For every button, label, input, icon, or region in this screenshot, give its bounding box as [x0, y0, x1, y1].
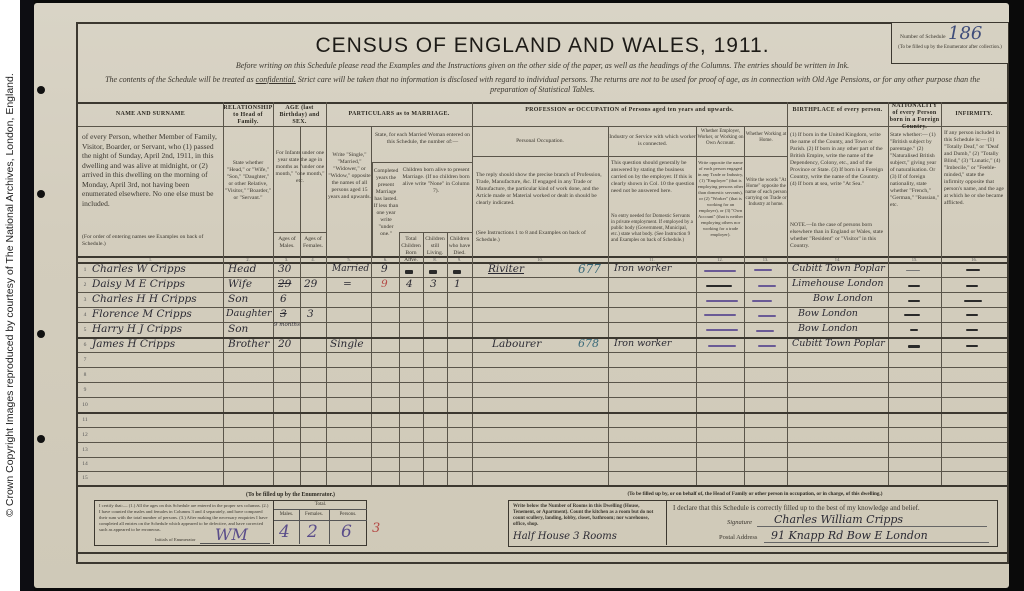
schedule-number-value: 186: [948, 23, 982, 44]
person-name: Charles H H Cripps: [92, 293, 197, 305]
person-age-female: 3: [307, 308, 314, 320]
scan-border-right: [1008, 0, 1024, 591]
nationality-dash: [908, 300, 920, 302]
home-mark: [756, 330, 774, 332]
nationality-dash: [908, 345, 920, 348]
birthplace-note: NOTE.—In the case of persons born elsewh…: [790, 222, 886, 250]
person-age-months: 9 months: [274, 322, 300, 328]
heading-relationship: RELATIONSHIP to Head of Family.: [223, 105, 273, 126]
home-mark: [758, 285, 776, 287]
initials-label: Initials of Enumerator: [155, 537, 196, 543]
person-name: Harry H J Cripps: [92, 323, 182, 335]
person-age-male: 6: [280, 293, 287, 305]
employer-mark: [706, 300, 738, 302]
person-name: James H Cripps: [92, 338, 175, 350]
person-age-male-crossed: 29: [278, 278, 291, 290]
confidential-word: confidential.: [256, 75, 296, 84]
row-number: 3: [80, 297, 90, 303]
age-sub-divider: [273, 232, 326, 233]
row-number: 7: [80, 357, 90, 363]
schedule-number-box: Number of Schedule 186 (To be filled up …: [891, 22, 1009, 64]
row-line: [78, 397, 1007, 398]
males-total: 4: [279, 522, 290, 542]
col-divider: [941, 102, 942, 486]
person-marriage-years: 9: [381, 278, 388, 290]
employer-mark: [704, 314, 736, 316]
row-line: [78, 471, 1007, 472]
form-title: CENSUS OF ENGLAND AND WALES, 1911.: [78, 34, 1007, 58]
punch-hole-icon: [37, 190, 45, 198]
row-number: 8: [80, 372, 90, 378]
confidentiality-text: The contents of the Schedule will be tre…: [105, 75, 256, 84]
scan-border-left: [20, 0, 34, 591]
col-divider: [423, 232, 424, 486]
females-total: 2: [307, 522, 318, 542]
person-condition: Single: [330, 338, 364, 350]
heading-divider: [78, 126, 1007, 127]
crossed-out-mark: [453, 270, 461, 274]
name-note: (For order of entering names see Example…: [82, 234, 222, 248]
persons-total: 6: [341, 522, 352, 542]
row-line: [78, 442, 1007, 443]
person-age-male-crossed: 3: [280, 308, 287, 320]
colnum-15: 15.: [888, 257, 941, 262]
declaration-text: I declare that this Schedule is correctl…: [673, 505, 993, 512]
marriage-sub-divider: [373, 162, 472, 163]
employer-heading: Whether Employer, Worker, or Working on …: [697, 129, 744, 147]
nationality-dash: [904, 314, 920, 316]
heading-nationality: NATIONALITY of every Person born in a Fo…: [888, 103, 941, 131]
home-instruction: Write the words "At Home" opposite the n…: [745, 178, 787, 208]
relationship-instruction: State whether "Head," or "Wife," "Son," …: [224, 160, 272, 202]
row-number: 4: [80, 312, 90, 318]
person-birthplace: Limehouse London: [792, 278, 884, 289]
persons-label: Persons.: [329, 512, 367, 517]
home-mark: [752, 300, 772, 302]
census-form: CENSUS OF ENGLAND AND WALES, 1911. Befor…: [76, 22, 1009, 564]
birthplace-instruction: (1) If born in the United Kingdom, write…: [790, 132, 886, 188]
signature-label: Signature: [727, 519, 752, 526]
row-number: 14: [80, 461, 90, 467]
still-living-label: Children still Living.: [423, 236, 447, 257]
industry-note: No entry needed for Domestic Servants in…: [611, 214, 695, 244]
person-birthplace: Bow London: [813, 293, 873, 304]
row-number: 9: [80, 387, 90, 393]
row-line: [78, 457, 1007, 458]
females-label: Females.: [299, 512, 329, 517]
punch-hole-icon: [37, 86, 45, 94]
occupation-sub-divider: [472, 156, 787, 157]
home-mark: [758, 345, 776, 347]
schedule-number-label: Number of Schedule: [900, 34, 946, 40]
marriage-condition-instruction: Write "Single," "Married," "Widower," or…: [327, 152, 372, 201]
person-relationship: Son: [228, 293, 248, 305]
colnum-5: 5.: [326, 257, 372, 262]
person-condition: =: [343, 278, 352, 290]
person-age-male: 30: [278, 263, 291, 275]
table-top-border: [78, 102, 1007, 104]
nationality-dash: [910, 329, 918, 331]
col-divider: [608, 126, 609, 486]
age-instruction: For Infants under one year state the age…: [274, 150, 326, 185]
person-occupation: Labourer: [492, 338, 541, 350]
infirmity-dash: [966, 314, 978, 316]
home-mark: [758, 315, 776, 317]
heading-name: NAME AND SURNAME: [78, 111, 223, 118]
infirmity-dash: [966, 345, 978, 347]
person-relationship: Brother: [228, 338, 269, 350]
colnum-11: 11.: [608, 257, 696, 262]
total-col-divider: [329, 509, 330, 544]
total-col-divider: [299, 509, 300, 544]
box-divider: [666, 501, 667, 545]
heading-birthplace: BIRTHPLACE of every person.: [787, 107, 888, 114]
nationality-dash: [906, 270, 920, 271]
signature-value: Charles William Cripps: [774, 513, 903, 526]
schedule-number-note: (To be filled up by the Enumerator after…: [896, 45, 1004, 51]
industry-heading: Industry or Service with which worker is…: [609, 134, 696, 148]
children-sub-divider: [399, 232, 472, 233]
crossed-out-mark: [429, 270, 437, 274]
children-died: 1: [454, 278, 461, 290]
person-occupation: Riviter: [488, 263, 524, 275]
person-relationship: Head: [228, 263, 256, 275]
row-line: [78, 307, 1007, 308]
employer-mark: [706, 329, 738, 331]
col-divider: [888, 102, 889, 486]
person-birthplace: Cubitt Town Poplar: [792, 338, 885, 349]
employer-mark: [708, 345, 736, 347]
col-divider: [472, 102, 473, 486]
industry-instruction: This question should generally be answer…: [611, 160, 695, 195]
copyright-notice: © Crown Copyright Images reproduced by c…: [4, 73, 16, 517]
row-line: [78, 412, 1007, 414]
infirmity-dash: [966, 269, 980, 271]
colnum-14: 14.: [787, 257, 888, 262]
row-line: [78, 322, 1007, 323]
address-label: Postal Address: [719, 534, 757, 541]
row-line: [78, 382, 1007, 383]
colnum-8: 8.: [423, 257, 447, 262]
person-birthplace: Bow London: [798, 308, 858, 319]
occupation-code: 678: [578, 337, 599, 350]
person-name: Florence M Cripps: [92, 308, 192, 320]
enumerator-certification-box: I certify that:— (1.) All the ages on th…: [94, 500, 367, 546]
red-check-mark: 3: [372, 521, 380, 536]
row-number: 5: [80, 327, 90, 333]
heading-marriage: PARTICULARS as to MARRIAGE.: [326, 111, 472, 118]
confidentiality-text-cont: Strict care will be taken that no inform…: [296, 75, 980, 94]
person-birthplace: Cubitt Town Poplar: [792, 263, 885, 274]
name-instruction: of every Person, whether Member of Famil…: [82, 132, 222, 208]
rooms-instruction: Write below the Number of Rooms in this …: [513, 504, 661, 528]
person-name: Daisy M E Cripps: [92, 278, 185, 290]
employer-instruction: Write opposite the name of each person e…: [697, 160, 744, 238]
punch-hole-icon: [37, 435, 45, 443]
nationality-dash: [908, 285, 920, 287]
infirmity-dash: [964, 300, 982, 302]
children-note: Children born alive to present Marriage.…: [400, 167, 472, 195]
completed-years-label: Completed years the present Marriage has…: [373, 168, 399, 238]
nationality-instruction: State whether:— (1) "British subject by …: [890, 132, 940, 209]
heading-age: AGE (last Birthday) and SEX.: [273, 105, 326, 126]
married-woman-note: State, for each Married Woman entered on…: [374, 132, 471, 146]
declaration-box: Write below the Number of Rooms in this …: [508, 500, 998, 547]
col-divider: [399, 232, 400, 486]
colnum-12: 12.: [696, 257, 744, 262]
col-divider: [787, 102, 788, 486]
confidentiality-notice: The contents of the Schedule will be tre…: [86, 75, 999, 95]
row-number: 1: [80, 267, 90, 273]
person-age-male: 20: [278, 338, 291, 350]
row-line: [78, 367, 1007, 368]
infirmity-dash: [966, 285, 978, 287]
person-relationship: Wife: [228, 278, 252, 290]
row-number: 10: [80, 402, 90, 408]
heading-occupation: PROFESSION or OCCUPATION of Persons aged…: [472, 107, 787, 114]
age-males-label: Ages of Males.: [274, 236, 300, 250]
punch-hole-icon: [37, 330, 45, 338]
head-of-family-section-label: (To be filled up by, or on behalf of, th…: [503, 491, 1007, 497]
rooms-value: Half House 3 Rooms: [513, 531, 617, 542]
have-died-label: Children who have Died.: [447, 236, 472, 257]
row-line: [78, 352, 1007, 353]
address-value: 91 Knapp Rd Bow E London: [771, 529, 928, 542]
personal-occupation-heading: Personal Occupation.: [472, 138, 608, 145]
person-relationship: Son: [228, 323, 248, 335]
enumerator-initials: WM: [215, 525, 248, 544]
row-number: 6: [80, 342, 90, 348]
person-name: Charles W Cripps: [92, 263, 186, 275]
person-industry: Iron worker: [614, 338, 671, 349]
home-mark: [754, 269, 772, 271]
employer-mark: [704, 270, 736, 272]
occupation-code: 677: [578, 262, 601, 276]
total-divider: [274, 520, 367, 521]
box-divider: [273, 501, 274, 544]
colnum-16: 16.: [941, 257, 1007, 262]
row-number: 11: [80, 417, 90, 423]
copyright-strip: © Crown Copyright Images reproduced by c…: [0, 0, 20, 591]
colnum-13: 13.: [744, 257, 787, 262]
employer-mark: [706, 285, 732, 287]
colnum-7: 7.: [399, 257, 423, 262]
home-heading: Whether Working at Home.: [745, 132, 787, 144]
infirmity-instruction: If any person included in this Schedule …: [944, 130, 1004, 207]
colnum-1: 1.: [78, 257, 223, 262]
row-line: [78, 427, 1007, 428]
row-number: 12: [80, 432, 90, 438]
infirmity-dash: [966, 329, 978, 331]
heading-infirmity: INFIRMITY.: [941, 111, 1007, 118]
enumerator-section-label: (To be filled up by the Enumerator.): [78, 492, 503, 498]
males-label: Males.: [274, 512, 299, 517]
household-table: NAME AND SURNAME RELATIONSHIP to Head of…: [78, 102, 1007, 486]
colnum-3: 3.: [273, 257, 300, 262]
colnum-2: 2.: [223, 257, 273, 262]
crossed-out-mark: [405, 270, 413, 274]
colnum-6: 6.: [372, 257, 399, 262]
row-number: 13: [80, 447, 90, 453]
form-instruction: Before writing on this Schedule please r…: [78, 61, 1007, 70]
footer-bottom-rule: [78, 552, 1007, 554]
personal-occupation-instruction: The reply should show the precise branch…: [476, 172, 606, 207]
person-industry: Iron worker: [614, 263, 671, 274]
children-born: 4: [406, 278, 413, 290]
age-females-label: Ages of Females.: [300, 236, 326, 250]
row-number: 2: [80, 282, 90, 288]
person-age-female: 29: [304, 278, 317, 290]
children-living: 3: [430, 278, 437, 290]
person-birthplace: Bow London: [798, 323, 858, 334]
personal-occupation-note: (See Instructions 1 to 8 and Examples on…: [476, 230, 606, 244]
person-condition: Married: [332, 264, 369, 274]
person-relationship: Daughter: [226, 308, 272, 319]
total-label: Total.: [274, 502, 367, 507]
total-divider: [274, 509, 367, 510]
col-divider: [447, 232, 448, 486]
colnum-9: 9.: [447, 257, 472, 262]
address-line: [764, 542, 989, 543]
row-number: 15: [80, 475, 90, 481]
signature-line: [757, 526, 987, 527]
table-bottom-border: [78, 485, 1007, 487]
colnum-4: 4.: [300, 257, 326, 262]
person-marriage-years: 9: [381, 263, 388, 275]
